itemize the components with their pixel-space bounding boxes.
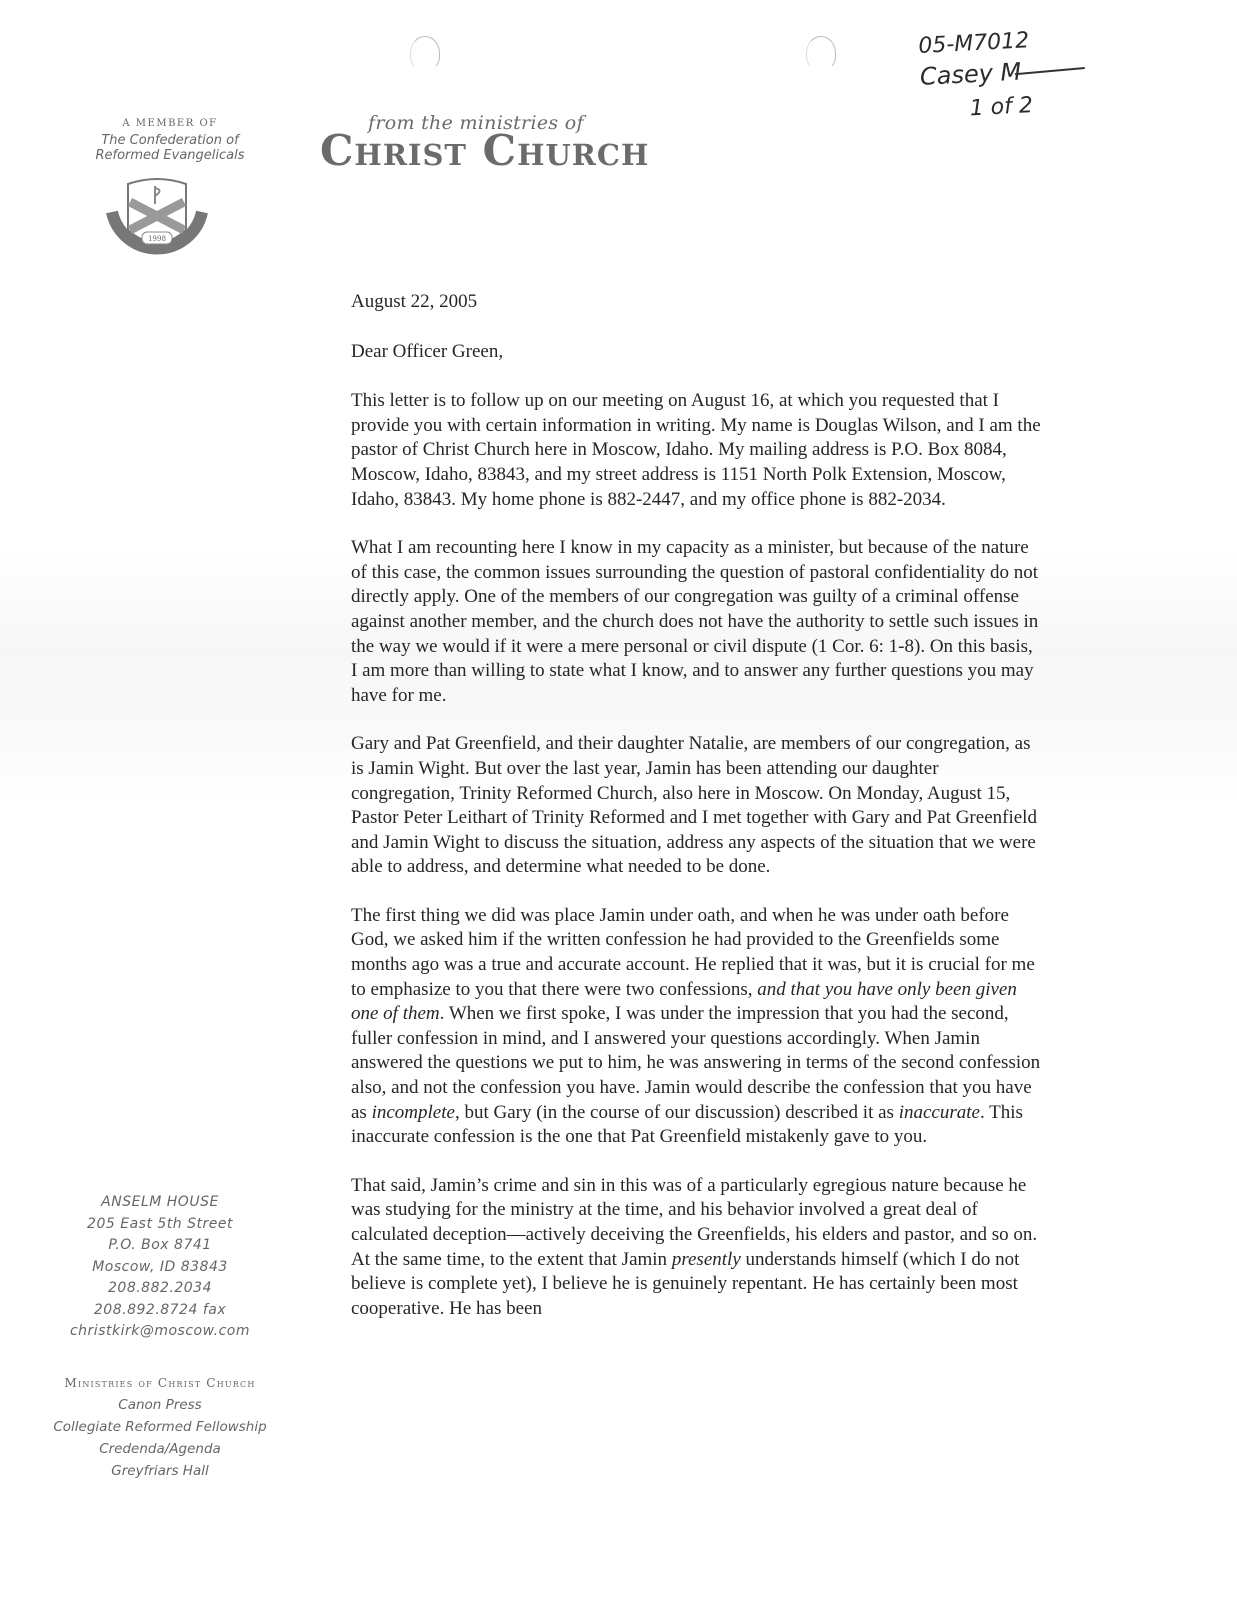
address-line: 205 East 5th Street bbox=[40, 1214, 280, 1236]
address-line: ANSELM HOUSE bbox=[40, 1192, 280, 1214]
salutation: Dear Officer Green, bbox=[351, 340, 1041, 365]
email-address: christkirk@moscow.com bbox=[40, 1321, 280, 1343]
paragraph-text: , but Gary (in the course of our discuss… bbox=[455, 1102, 899, 1123]
handwritten-signature: Casey M bbox=[919, 57, 1032, 91]
member-org-line: The Confederation of bbox=[70, 133, 270, 148]
letter-date: August 22, 2005 bbox=[351, 290, 1041, 315]
paragraph: What I am recounting here I know in my c… bbox=[351, 536, 1041, 708]
handwritten-annotations: 05-M7012 Casey M 1 of 2 bbox=[918, 27, 1034, 124]
member-org-line: Reformed Evangelicals bbox=[70, 148, 270, 163]
punch-hole-mark bbox=[410, 36, 440, 70]
ministry-item: Collegiate Reformed Fellowship bbox=[40, 1416, 280, 1438]
paragraph: The first thing we did was place Jamin u… bbox=[351, 904, 1041, 1150]
address-line: Moscow, ID 83843 bbox=[40, 1257, 280, 1279]
phone-number: 208.882.2034 bbox=[40, 1278, 280, 1300]
letter-body: August 22, 2005 Dear Officer Green, This… bbox=[351, 290, 1041, 1345]
case-number: 05-M7012 bbox=[918, 27, 1031, 61]
punch-hole-mark bbox=[806, 36, 836, 70]
member-label: A MEMBER OF bbox=[70, 118, 270, 129]
member-block: A MEMBER OF The Confederation of Reforme… bbox=[70, 118, 270, 163]
masthead-title: Christ Church bbox=[320, 126, 649, 175]
paragraph: Gary and Pat Greenfield, and their daugh… bbox=[351, 732, 1041, 880]
ministries-list: Canon Press Collegiate Reformed Fellowsh… bbox=[40, 1394, 280, 1482]
letterhead-masthead: from the ministries of Christ Church bbox=[320, 112, 649, 175]
paragraph: That said, Jamin’s crime and sin in this… bbox=[351, 1174, 1041, 1322]
paragraph: This letter is to follow up on our meeti… bbox=[351, 389, 1041, 512]
page-marker: 1 of 2 bbox=[969, 93, 1033, 121]
address-line: P.O. Box 8741 bbox=[40, 1235, 280, 1257]
ministry-item: Canon Press bbox=[40, 1394, 280, 1416]
ministries-title: Ministries of Christ Church bbox=[40, 1376, 280, 1390]
emphasis-text: presently bbox=[672, 1249, 741, 1270]
confederation-crest-icon: 1998 bbox=[98, 172, 216, 272]
emphasis-text: incomplete bbox=[372, 1102, 455, 1123]
ministry-item: Credenda/Agenda bbox=[40, 1438, 280, 1460]
member-org: The Confederation of Reformed Evangelica… bbox=[70, 133, 270, 163]
church-address-block: ANSELM HOUSE 205 East 5th Street P.O. Bo… bbox=[40, 1192, 280, 1343]
fax-number: 208.892.8724 fax bbox=[40, 1300, 280, 1322]
ministries-block: Ministries of Christ Church Canon Press … bbox=[40, 1376, 280, 1482]
svg-text:1998: 1998 bbox=[148, 235, 166, 243]
ministry-item: Greyfriars Hall bbox=[40, 1460, 280, 1482]
emphasis-text: inaccurate bbox=[899, 1102, 980, 1123]
